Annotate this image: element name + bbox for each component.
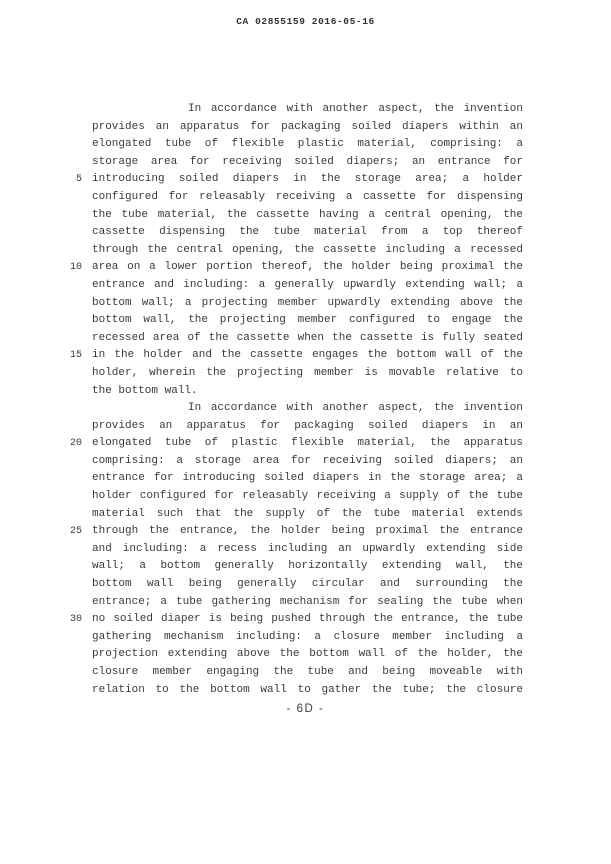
- text-line: storage area for receiving soiled diaper…: [92, 154, 523, 172]
- patent-document-page: CA 02855159 2016-05-16 In accordance wit…: [0, 0, 611, 864]
- text-line: the bottom wall.: [92, 383, 523, 401]
- line-text: bottom wall; a projecting member upwardl…: [92, 295, 523, 313]
- text-line: elongated tube of flexible plastic mater…: [92, 136, 523, 154]
- patent-body-text: In accordance with another aspect, the i…: [92, 101, 523, 699]
- text-line: and including: a recess including an upw…: [92, 541, 523, 559]
- text-line: 5introducing soiled diapers in the stora…: [92, 171, 523, 189]
- text-line: 30no soiled diaper is being pushed throu…: [92, 611, 523, 629]
- text-line: 10area on a lower portion thereof, the h…: [92, 259, 523, 277]
- line-number: 25: [56, 523, 82, 541]
- text-line: cassette dispensing the tube material fr…: [92, 224, 523, 242]
- line-text: entrance and including: a generally upwa…: [92, 277, 523, 295]
- text-line: In accordance with another aspect, the i…: [92, 101, 523, 119]
- text-line: 15in the holder and the cassette engages…: [92, 347, 523, 365]
- text-line: gathering mechanism including: a closure…: [92, 629, 523, 647]
- line-text: wall; a bottom generally horizontally ex…: [92, 558, 523, 576]
- line-text: introducing soiled diapers in the storag…: [92, 171, 523, 189]
- text-line: through the central opening, the cassett…: [92, 242, 523, 260]
- line-text: holder, wherein the projecting member is…: [92, 365, 523, 383]
- line-text: gathering mechanism including: a closure…: [92, 629, 523, 647]
- page-number-footer: - 6D -: [0, 703, 611, 715]
- line-number: 5: [56, 171, 82, 189]
- line-text: entrance for introducing soiled diapers …: [92, 470, 523, 488]
- line-text: holder configured for releasably receivi…: [92, 488, 523, 506]
- text-line: relation to the bottom wall to gather th…: [92, 682, 523, 700]
- line-number: 20: [56, 435, 82, 453]
- text-line: entrance; a tube gathering mechanism for…: [92, 594, 523, 612]
- line-text: elongated tube of flexible plastic mater…: [92, 136, 523, 154]
- line-text: the bottom wall.: [92, 383, 523, 401]
- text-line: recessed area of the cassette when the c…: [92, 330, 523, 348]
- text-line: entrance for introducing soiled diapers …: [92, 470, 523, 488]
- line-number: 30: [56, 611, 82, 629]
- text-line: provides an apparatus for packaging soil…: [92, 119, 523, 137]
- text-line: 25through the entrance, the holder being…: [92, 523, 523, 541]
- line-text: In accordance with another aspect, the i…: [92, 400, 523, 418]
- text-line: wall; a bottom generally horizontally ex…: [92, 558, 523, 576]
- text-line: projection extending above the bottom wa…: [92, 646, 523, 664]
- line-text: through the central opening, the cassett…: [92, 242, 523, 260]
- line-text: comprising: a storage area for receiving…: [92, 453, 523, 471]
- line-text: in the holder and the cassette engages t…: [92, 347, 523, 365]
- text-line: In accordance with another aspect, the i…: [92, 400, 523, 418]
- line-text: through the entrance, the holder being p…: [92, 523, 523, 541]
- text-line: bottom wall, the projecting member confi…: [92, 312, 523, 330]
- text-line: bottom wall being generally circular and…: [92, 576, 523, 594]
- line-text: projection extending above the bottom wa…: [92, 646, 523, 664]
- line-text: cassette dispensing the tube material fr…: [92, 224, 523, 242]
- text-line: closure member engaging the tube and bei…: [92, 664, 523, 682]
- text-line: 20elongated tube of plastic flexible mat…: [92, 435, 523, 453]
- line-text: material such that the supply of the tub…: [92, 506, 523, 524]
- line-text: configured for releasably receiving a ca…: [92, 189, 523, 207]
- line-text: recessed area of the cassette when the c…: [92, 330, 523, 348]
- line-text: entrance; a tube gathering mechanism for…: [92, 594, 523, 612]
- text-line: holder configured for releasably receivi…: [92, 488, 523, 506]
- line-text: elongated tube of plastic flexible mater…: [92, 435, 523, 453]
- document-id-header: CA 02855159 2016-05-16: [0, 16, 611, 27]
- text-line: comprising: a storage area for receiving…: [92, 453, 523, 471]
- line-text: bottom wall being generally circular and…: [92, 576, 523, 594]
- line-number: 15: [56, 347, 82, 365]
- line-number: 10: [56, 259, 82, 277]
- line-text: and including: a recess including an upw…: [92, 541, 523, 559]
- line-text: provides an apparatus for packaging soil…: [92, 119, 523, 137]
- line-text: bottom wall, the projecting member confi…: [92, 312, 523, 330]
- line-text: the tube material, the cassette having a…: [92, 207, 523, 225]
- text-line: holder, wherein the projecting member is…: [92, 365, 523, 383]
- text-line: provides an apparatus for packaging soil…: [92, 418, 523, 436]
- line-text: no soiled diaper is being pushed through…: [92, 611, 523, 629]
- line-text: storage area for receiving soiled diaper…: [92, 154, 523, 172]
- text-line: entrance and including: a generally upwa…: [92, 277, 523, 295]
- text-line: configured for releasably receiving a ca…: [92, 189, 523, 207]
- line-text: area on a lower portion thereof, the hol…: [92, 259, 523, 277]
- text-line: bottom wall; a projecting member upwardl…: [92, 295, 523, 313]
- line-text: closure member engaging the tube and bei…: [92, 664, 523, 682]
- text-line: the tube material, the cassette having a…: [92, 207, 523, 225]
- line-text: In accordance with another aspect, the i…: [92, 101, 523, 119]
- line-text: relation to the bottom wall to gather th…: [92, 682, 523, 700]
- line-text: provides an apparatus for packaging soil…: [92, 418, 523, 436]
- text-line: material such that the supply of the tub…: [92, 506, 523, 524]
